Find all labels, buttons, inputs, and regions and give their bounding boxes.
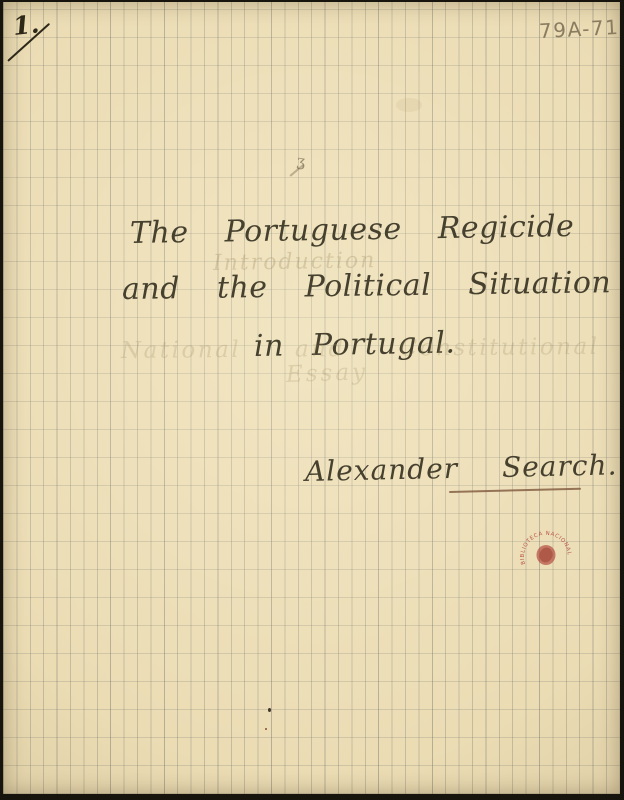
library-stamp-icon: BIBLIOTECA NACIONAL: [511, 519, 581, 589]
scanned-manuscript-page: 1. 79A-71 ʒ The Portuguese Regicide Intr…: [0, 0, 624, 800]
title-line-1: The Portuguese Regicide: [130, 212, 575, 249]
title-line-2: and the Political Situation: [122, 268, 612, 305]
archive-code: 79A-71: [538, 15, 620, 43]
erased-pencil-text-line-3: Essay: [286, 361, 369, 387]
paper-stain: [396, 98, 422, 112]
quadrille-paper-background: 1. 79A-71 ʒ The Portuguese Regicide Intr…: [3, 2, 620, 794]
signature-underline: [449, 488, 581, 493]
author-signature: Alexander Search.: [305, 451, 618, 486]
paper-speck: [265, 728, 267, 730]
paper-speck: [268, 708, 271, 712]
